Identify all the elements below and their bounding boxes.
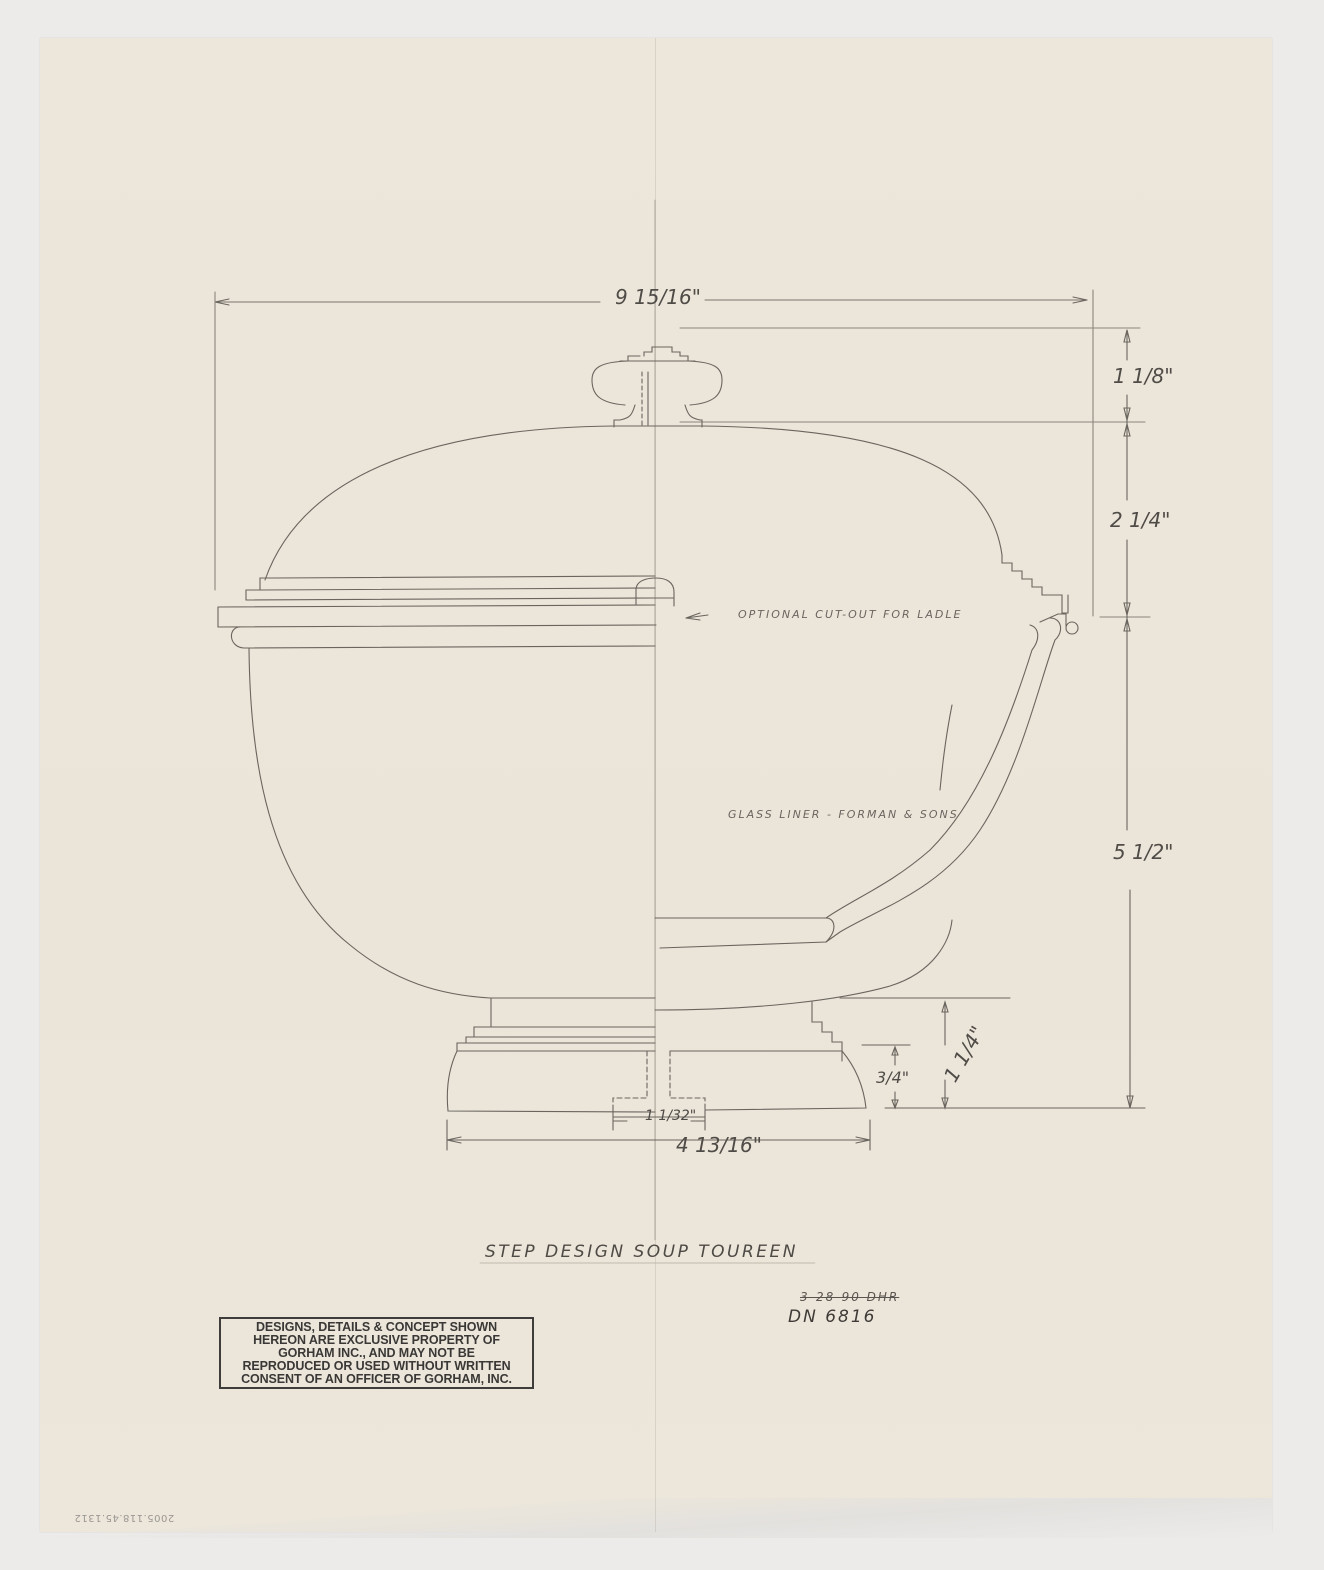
toureen-elevation-drawing xyxy=(0,0,1324,1570)
stamp-line: REPRODUCED OR USED WITHOUT WRITTEN xyxy=(242,1360,510,1373)
glass-liner-note: GLASS LINER - FORMAN & SONS xyxy=(728,808,959,821)
bowl-height-label: 5 1/2" xyxy=(1113,840,1173,864)
stamp-line: DESIGNS, DETAILS & CONCEPT SHOWN xyxy=(256,1321,497,1334)
finial-height-label: 1 1/8" xyxy=(1113,364,1173,388)
ladle-cutout-note: OPTIONAL CUT-OUT FOR LADLE xyxy=(738,608,962,621)
recess-width-label: 1 1/32" xyxy=(645,1108,696,1124)
foot-height-label: 3/4" xyxy=(876,1068,909,1087)
date-initials: 3-28-90 DHR xyxy=(800,1290,899,1304)
lid-height-label: 2 1/4" xyxy=(1110,508,1170,532)
gorham-proprietary-stamp: DESIGNS, DETAILS & CONCEPT SHOWN HEREON … xyxy=(219,1317,534,1389)
stamp-line: CONSENT OF AN OFFICER OF GORHAM, INC. xyxy=(241,1373,512,1386)
drawing-title: STEP DESIGN SOUP TOUREEN xyxy=(485,1242,798,1262)
overall-width-label: 9 15/16" xyxy=(615,285,701,309)
foot-width-label: 4 13/16" xyxy=(676,1133,762,1157)
stamp-line: HEREON ARE EXCLUSIVE PROPERTY OF xyxy=(253,1334,500,1347)
accession-number: 2005.118.45.1312 xyxy=(74,1512,174,1523)
stamp-line: GORHAM INC., AND MAY NOT BE xyxy=(278,1347,475,1360)
design-number: DN 6816 xyxy=(788,1307,876,1327)
